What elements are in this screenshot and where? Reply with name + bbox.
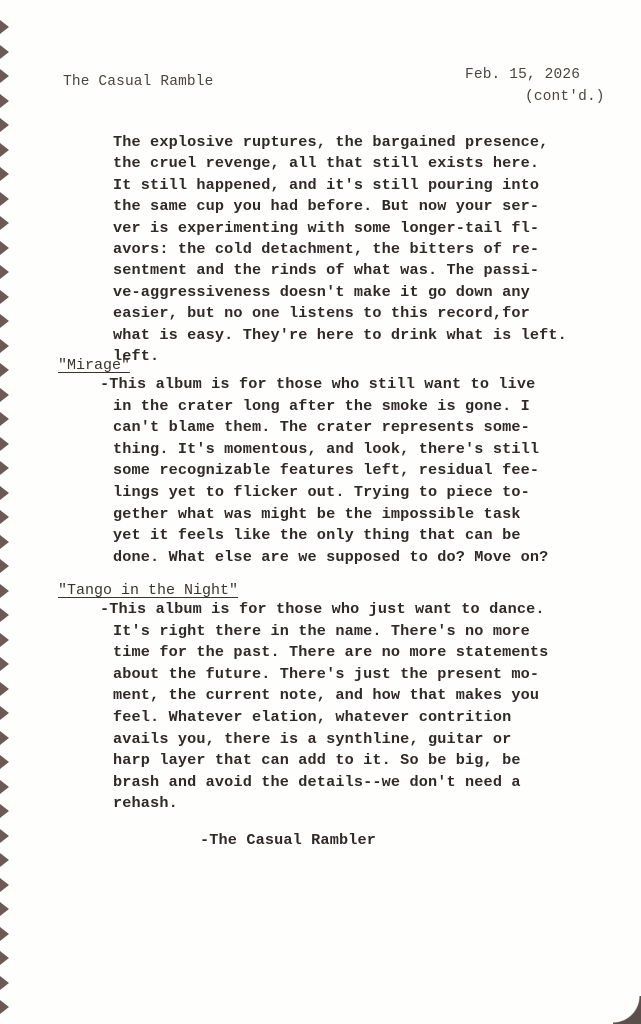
text-line: -This album is for those who still want … bbox=[100, 377, 535, 392]
binding-notch bbox=[0, 706, 9, 720]
text-line: can't blame them. The crater represents … bbox=[113, 420, 530, 435]
binding-notch bbox=[0, 535, 9, 549]
binding-notch bbox=[0, 69, 9, 83]
signature: -The Casual Rambler bbox=[200, 833, 376, 848]
text-line: It still happened, and it's still pourin… bbox=[113, 178, 539, 193]
binding-notch bbox=[0, 363, 9, 377]
text-line: ve-aggressiveness doesn't make it go dow… bbox=[113, 285, 530, 300]
text-line: gether what was might be the impossible … bbox=[113, 507, 521, 522]
binding-notch bbox=[0, 461, 9, 475]
text-line: easier, but no one listens to this recor… bbox=[113, 306, 530, 321]
binding-notch bbox=[0, 976, 9, 990]
text-line: rehash. bbox=[113, 796, 178, 811]
text-line: ment, the current note, and how that mak… bbox=[113, 688, 539, 703]
binding-notch bbox=[0, 804, 9, 818]
section-heading-tango: "Tango in the Night" bbox=[58, 582, 238, 599]
binding-notch bbox=[0, 608, 9, 622]
text-line: some recognizable features left, residua… bbox=[113, 463, 539, 478]
column-title: The Casual Ramble bbox=[63, 75, 213, 90]
page-corner-shadow bbox=[613, 996, 641, 1024]
binding-notch bbox=[0, 437, 9, 451]
text-line: done. What else are we supposed to do? M… bbox=[113, 550, 548, 565]
binding-notch bbox=[0, 290, 9, 304]
binding-notch bbox=[0, 143, 9, 157]
text-line: yet it feels like the only thing that ca… bbox=[113, 528, 521, 543]
binding-notch bbox=[0, 45, 9, 59]
binding-notch bbox=[0, 412, 9, 426]
binding-notch bbox=[0, 853, 9, 867]
binding-notch bbox=[0, 510, 9, 524]
text-line: the cruel revenge, all that still exists… bbox=[113, 156, 539, 171]
binding-notch bbox=[0, 167, 9, 181]
text-line: avors: the cold detachment, the bitters … bbox=[113, 242, 539, 257]
binding-notch bbox=[0, 927, 9, 941]
text-line: harp layer that can add to it. So be big… bbox=[113, 753, 521, 768]
text-line: feel. Whatever elation, whatever contrit… bbox=[113, 710, 511, 725]
text-line: lings yet to flicker out. Trying to piec… bbox=[113, 485, 530, 500]
binding-notch bbox=[0, 731, 9, 745]
binding-notch bbox=[0, 94, 9, 108]
binding-notch bbox=[0, 388, 9, 402]
text-line: the same cup you had before. But now you… bbox=[113, 199, 539, 214]
section-heading-mirage: "Mirage" bbox=[58, 357, 130, 374]
binding-notch bbox=[0, 339, 9, 353]
entry-date: Feb. 15, 2026 bbox=[465, 68, 580, 83]
text-line: time for the past. There are no more sta… bbox=[113, 645, 548, 660]
binding-notch bbox=[0, 20, 9, 34]
text-line: ver is experimenting with some longer-ta… bbox=[113, 221, 539, 236]
notebook-page: The Casual Ramble Feb. 15, 2026 (cont'd.… bbox=[0, 0, 641, 1024]
binding-notch bbox=[0, 265, 9, 279]
text-line: brash and avoid the details--we don't ne… bbox=[113, 775, 521, 790]
binding-notch bbox=[0, 682, 9, 696]
binding-notch bbox=[0, 584, 9, 598]
text-line: about the future. There's just the prese… bbox=[113, 667, 539, 682]
binding-notch bbox=[0, 216, 9, 230]
spiral-binding bbox=[0, 0, 14, 1024]
binding-notch bbox=[0, 755, 9, 769]
text-line: in the crater long after the smoke is go… bbox=[113, 399, 530, 414]
binding-notch bbox=[0, 314, 9, 328]
binding-notch bbox=[0, 657, 9, 671]
text-line: thing. It's momentous, and look, there's… bbox=[113, 442, 539, 457]
text-line: The explosive ruptures, the bargained pr… bbox=[113, 135, 548, 150]
text-line: It's right there in the name. There's no… bbox=[113, 624, 530, 639]
binding-notch bbox=[0, 192, 9, 206]
binding-notch bbox=[0, 118, 9, 132]
binding-notch bbox=[0, 486, 9, 500]
text-line: sentment and the rinds of what was. The … bbox=[113, 263, 539, 278]
binding-notch bbox=[0, 780, 9, 794]
continued-label: (cont'd.) bbox=[525, 90, 605, 105]
binding-notch bbox=[0, 241, 9, 255]
text-line: what is easy. They're here to drink what… bbox=[113, 328, 567, 343]
binding-notch bbox=[0, 829, 9, 843]
text-line: avails you, there is a synthline, guitar… bbox=[113, 732, 511, 747]
binding-notch bbox=[0, 559, 9, 573]
binding-notch bbox=[0, 902, 9, 916]
binding-notch bbox=[0, 951, 9, 965]
binding-notch bbox=[0, 878, 9, 892]
text-line: -This album is for those who just want t… bbox=[100, 602, 545, 617]
binding-notch bbox=[0, 633, 9, 647]
binding-notch bbox=[0, 1000, 9, 1014]
